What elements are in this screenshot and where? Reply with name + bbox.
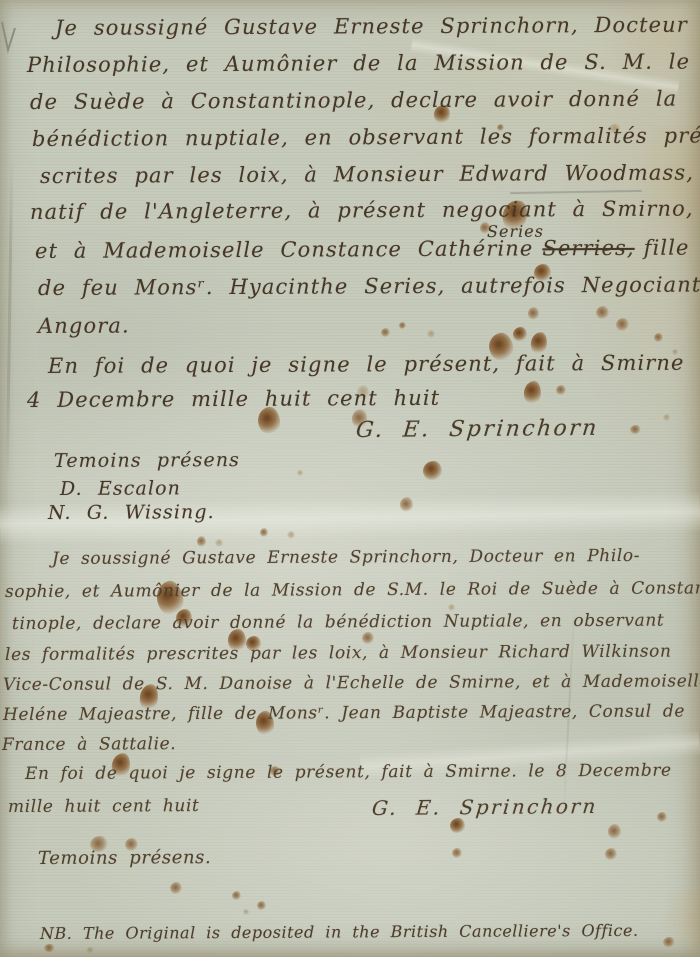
ink-stain — [427, 330, 435, 338]
ink-stain — [170, 882, 182, 894]
closing-line: En foi de quoi je signe le présent, fait… — [48, 350, 700, 378]
line-text: et à Mademoiselle Constance Cathérine — [35, 236, 534, 263]
ink-stain — [260, 528, 268, 537]
ink-stain — [450, 818, 465, 833]
manuscript-line: sophie, et Aumônier de la Mission de S.M… — [5, 578, 700, 602]
manuscript-page: Je soussigné Gustave Erneste Sprinchorn,… — [0, 0, 700, 957]
ink-stain — [297, 470, 303, 476]
ink-stain — [556, 385, 566, 395]
ink-stain — [523, 380, 542, 404]
manuscript-line: Heléne Majeastre, fille de Monsʳ. Jean B… — [3, 701, 685, 725]
ink-stain — [596, 306, 609, 319]
manuscript-line: de Suède à Constantinople, declare avoir… — [30, 87, 677, 114]
ink-stain — [423, 461, 442, 480]
signature: G. E. Sprinchorn — [371, 794, 599, 820]
manuscript-line: tinople, declare avoir donné la bénédict… — [12, 611, 664, 634]
closing-line: mille huit cent huit — [8, 796, 200, 817]
manuscript-line: France à Sattalie. — [2, 734, 176, 755]
ink-stain — [381, 328, 390, 337]
ink-stain — [215, 539, 223, 547]
ink-stain — [448, 604, 455, 611]
pencil-mark — [0, 20, 18, 56]
pencil-underline — [510, 190, 642, 194]
ink-stain — [657, 812, 667, 822]
witness-name: N. G. Wissing. — [48, 501, 215, 524]
ink-stain — [513, 327, 527, 341]
manuscript-line: les formalités prescrites par les loix, … — [5, 642, 672, 665]
line-text: fille — [644, 236, 690, 260]
witness-name: D. Escalon — [60, 477, 181, 500]
struck-word: Serries, — [542, 236, 634, 260]
ink-stain — [232, 891, 241, 900]
ink-stain — [608, 824, 621, 839]
manuscript-line: bénédiction nuptiale, en observant les f… — [32, 123, 700, 151]
ink-stain — [654, 333, 663, 342]
signature: G. E. Sprinchorn — [355, 416, 600, 443]
ink-stain — [287, 531, 295, 539]
closing-line: En foi de quoi je signe le présent, fait… — [25, 761, 672, 784]
manuscript-line: Philosophie, et Aumônier de la Mission d… — [27, 49, 700, 77]
manuscript-line: Je soussigné Gustave Erneste Sprinchorn,… — [52, 546, 640, 569]
footnote: NB. The Original is deposited in the Bri… — [40, 921, 639, 943]
witnesses-heading: Temoins présens. — [38, 847, 211, 869]
ink-stain — [243, 909, 249, 915]
ink-stain — [605, 848, 617, 860]
witnesses-heading: Temoins présens — [54, 449, 240, 472]
ink-stain — [528, 307, 539, 320]
manuscript-line: Vice-Consul de S. M. Danoise à l'Echelle… — [3, 671, 700, 695]
ink-stain — [400, 497, 413, 512]
ink-stain — [663, 414, 670, 421]
manuscript-line: Je soussigné Gustave Erneste Sprinchorn,… — [55, 12, 700, 40]
ink-stain — [452, 848, 462, 858]
ink-stain — [257, 901, 266, 910]
manuscript-line: scrites par les loix, à Monsieur Edward … — [40, 161, 694, 188]
manuscript-line: Angora. — [38, 314, 130, 338]
ink-stain — [44, 944, 55, 952]
ink-stain — [399, 322, 406, 329]
stain-wash — [660, 890, 700, 957]
manuscript-line: de feu Monsʳ. Hyacinthe Series, autrefoi… — [38, 272, 700, 300]
ink-stain — [86, 947, 94, 953]
closing-line: 4 Decembre mille huit cent huit — [27, 386, 440, 412]
paper-crease — [6, 160, 13, 480]
manuscript-line: et à Mademoiselle Constance CathérineSer… — [35, 236, 690, 263]
manuscript-line: natif de l'Angleterre, à présent negocia… — [30, 197, 694, 224]
ink-stain — [663, 937, 675, 947]
ink-stain — [630, 425, 641, 434]
ink-stain — [197, 536, 206, 547]
ink-stain — [616, 318, 629, 331]
